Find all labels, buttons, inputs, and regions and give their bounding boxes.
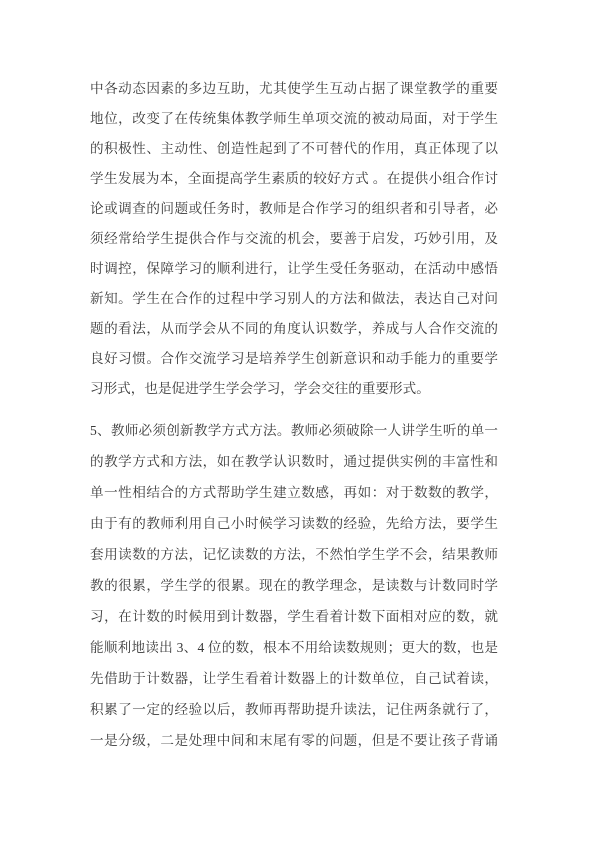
text-line: 习形式，也是促进学生学会学习，学会交往的重要形式。 xyxy=(90,374,498,404)
text-line: 新知。学生在合作的过程中学习别人的方法和做法，表达自己对问 xyxy=(90,284,498,314)
text-line: 能顺利地读出 3、4 位的数，根本不用给读数规则；更大的数，也是 xyxy=(90,632,498,663)
text-line: 的教学方式和方法，如在教学认识数时，通过提供实例的丰富性和 xyxy=(90,446,498,477)
text-line: 习，在计数的时候用到计数器，学生看着计数下面相对应的数，就 xyxy=(90,601,498,632)
text-line: 地位，改变了在传统集体教学师生单项交流的被动局面，对于学生 xyxy=(90,104,498,134)
text-line: 由于有的教师利用自己小时候学习读数的经验，先给方法，要学生 xyxy=(90,508,498,539)
text-line: 积累了一定的经验以后，教师再帮助提升读法，记住两条就行了， xyxy=(90,694,498,725)
text-line: 一是分级，二是处理中间和末尾有零的问题，但是不要让孩子背诵 xyxy=(90,725,498,756)
text-line: 题的看法，从而学会从不同的角度认识数学，养成与人合作交流的 xyxy=(90,314,498,344)
text-line: 套用读数的方法，记忆读数的方法，不然怕学生学不会，结果教师 xyxy=(90,539,498,570)
document-page: 中各动态因素的多边互助，尤其使学生互动占据了课堂教学的重要地位，改变了在传统集体… xyxy=(0,0,595,842)
text-line: 良好习惯。合作交流学习是培养学生创新意识和动手能力的重要学 xyxy=(90,344,498,374)
text-line: 5、教师必须创新教学方式方法。教师必须破除一人讲学生听的单一 xyxy=(90,415,498,446)
text-line: 单一性相结合的方式帮助学生建立数感，再如：对于数数的教学， xyxy=(90,477,498,508)
text-body: 中各动态因素的多边互助，尤其使学生互动占据了课堂教学的重要地位，改变了在传统集体… xyxy=(90,74,498,756)
text-line: 学生发展为本，全面提高学生素质的较好方式 。在提供小组合作讨 xyxy=(90,164,498,194)
text-line: 的积极性、主动性、创造性起到了不可替代的作用，真正体现了以 xyxy=(90,134,498,164)
text-line: 中各动态因素的多边互助，尤其使学生互动占据了课堂教学的重要 xyxy=(90,74,498,104)
text-line: 教的很累，学生学的很累。现在的教学理念，是读数与计数同时学 xyxy=(90,570,498,601)
paragraph: 中各动态因素的多边互助，尤其使学生互动占据了课堂教学的重要地位，改变了在传统集体… xyxy=(90,74,498,404)
text-line: 时调控，保障学习的顺利进行，让学生受任务驱动，在活动中感悟 xyxy=(90,254,498,284)
text-line: 须经常给学生提供合作与交流的机会，要善于启发，巧妙引用，及 xyxy=(90,224,498,254)
text-line: 论或调查的问题或任务时，教师是合作学习的组织者和引导者，必 xyxy=(90,194,498,224)
paragraph: 5、教师必须创新教学方式方法。教师必须破除一人讲学生听的单一的教学方式和方法，如… xyxy=(90,415,498,756)
text-line: 先借助于计数器，让学生看着计数器上的计数单位，自己试着读， xyxy=(90,663,498,694)
